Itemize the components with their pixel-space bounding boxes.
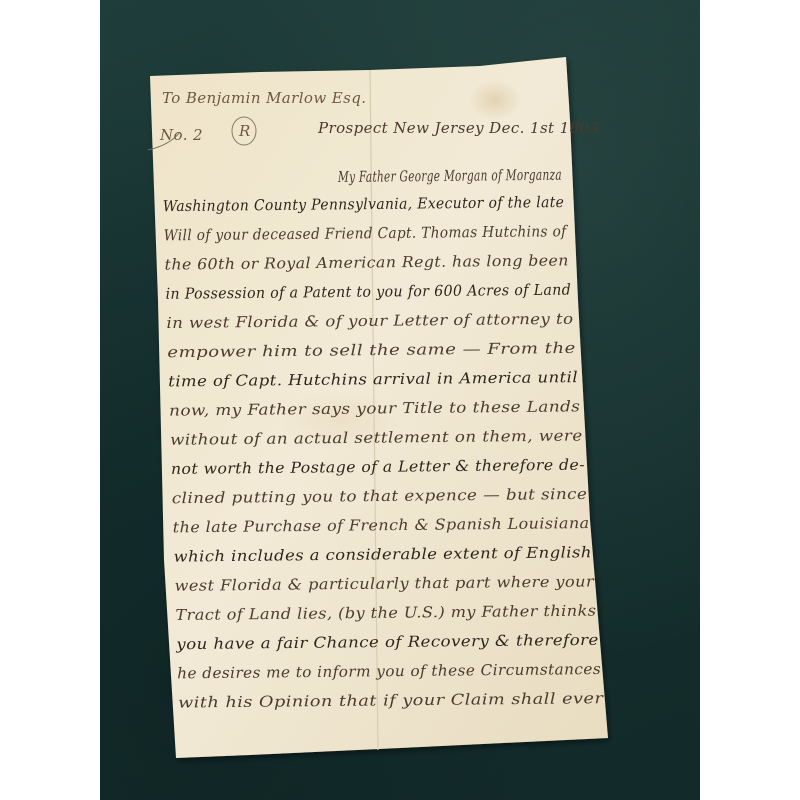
letter-line: My Father George Morgan of Morganza (337, 166, 562, 186)
circled-mark-letter: R (238, 122, 251, 140)
letter-paper: To Benjamin Marlow Esq. No. 2 R Prospect… (100, 0, 700, 800)
paper-stain (469, 80, 521, 120)
address-line: To Benjamin Marlow Esq. (162, 89, 366, 107)
place-date: Prospect New Jersey Dec. 1st 1803 (317, 119, 599, 137)
document-photo: To Benjamin Marlow Esq. No. 2 R Prospect… (100, 0, 700, 800)
margin-note: No. 2 (159, 126, 203, 144)
